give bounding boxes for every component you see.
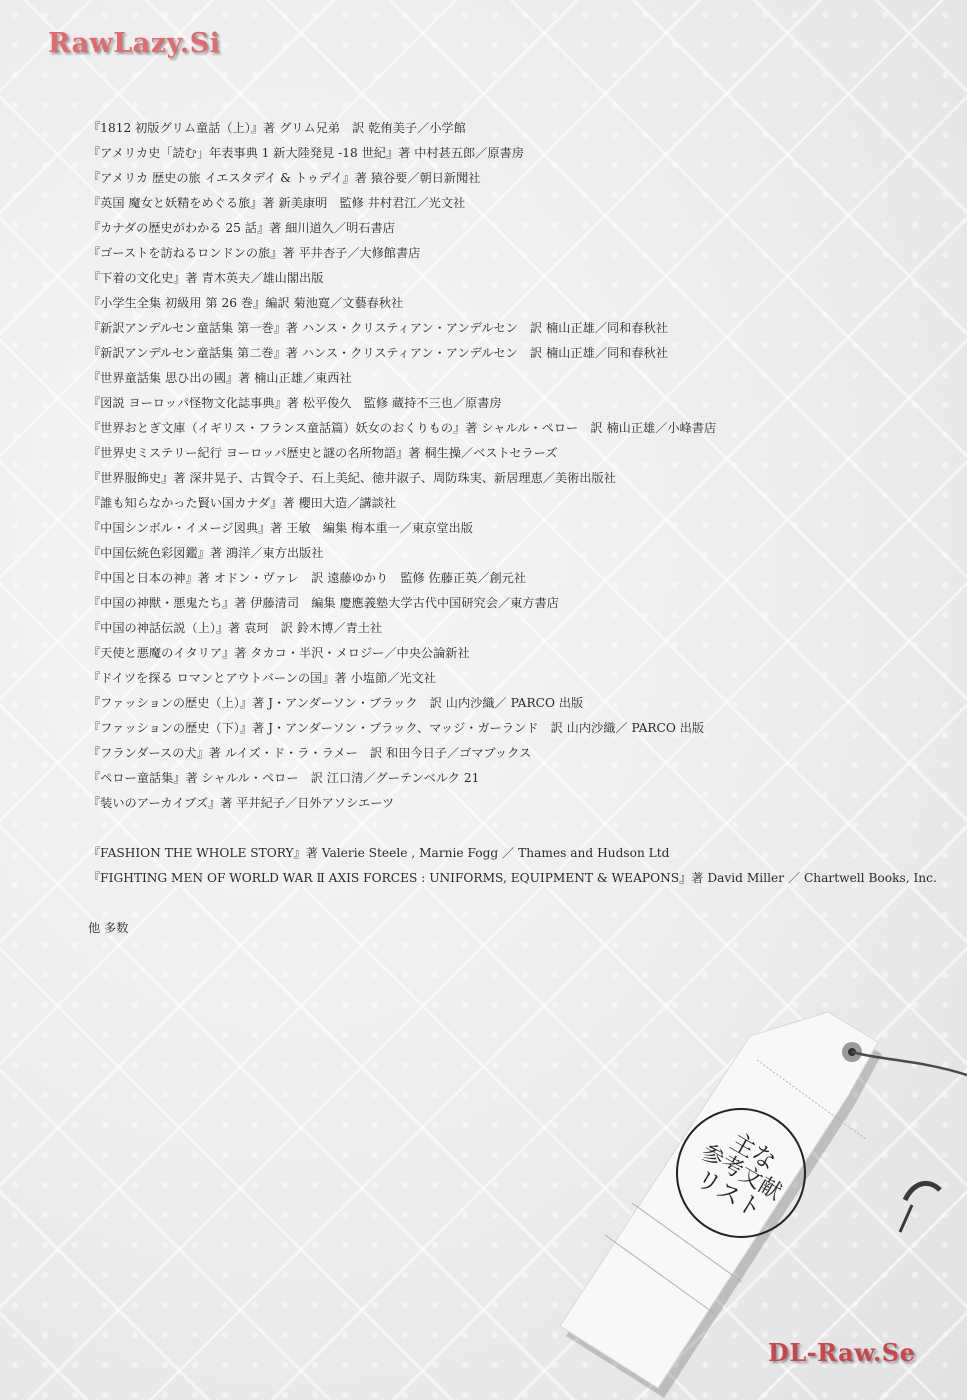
tag-illustration: [0, 0, 967, 1400]
watermark-bottom: DL-Raw.Se: [768, 1338, 915, 1367]
